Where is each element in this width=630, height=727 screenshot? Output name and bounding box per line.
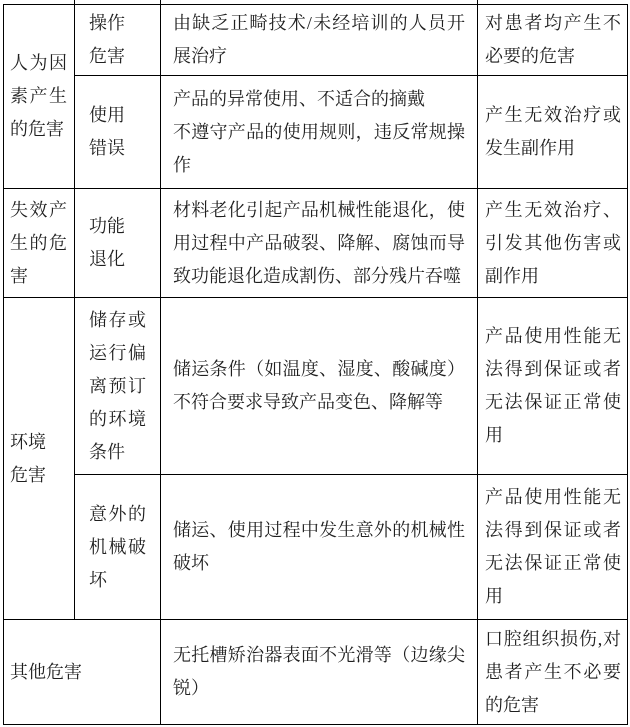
table-gridline-stub — [477, 0, 478, 4]
consequence-cell: 对患者均产生不必要的危害 — [478, 5, 628, 76]
table-row: 其他危害无托槽矫治器表面不光滑等（边缘尖锐）口腔组织损伤,对患者产生不必要的危害 — [4, 620, 628, 725]
document-page: 人为因素产生的危害操作 危害由缺乏正畸技术/未经培训的人员开展治疗对患者均产生不… — [0, 0, 630, 727]
hazard-description-cell: 材料老化引起产品机械性能退化，使用过程中产品破裂、降解、腐蚀而导致功能退化造成割… — [161, 189, 478, 298]
table-body: 人为因素产生的危害操作 危害由缺乏正畸技术/未经培训的人员开展治疗对患者均产生不… — [4, 5, 628, 725]
consequence-cell: 产品使用性能无法得到保证或者无法保证正常使用 — [478, 475, 628, 620]
subcategory-cell-use-error: 使用 错误 — [75, 76, 161, 189]
table-row: 意外的机械破坏储运、使用过程中发生意外的机械性破坏产品使用性能无法得到保证或者无… — [4, 475, 628, 620]
table-row: 使用 错误产品的异常使用、不适合的摘戴 不遵守产品的使用规则，违反常规操作产生无… — [4, 76, 628, 189]
category-cell-environment: 环境 危害 — [4, 298, 75, 620]
table-row: 环境 危害储存或运行偏离预订的环境条件储运条件（如温度、湿度、酸碱度）不符合要求… — [4, 298, 628, 475]
consequence-cell: 产品使用性能无法得到保证或者无法保证正常使用 — [478, 298, 628, 475]
category-cell-other: 其他危害 — [4, 620, 161, 725]
consequence-cell: 产生无效治疗或发生副作用 — [478, 76, 628, 189]
category-cell-human-factor: 人为因素产生的危害 — [4, 5, 75, 189]
table-row: 人为因素产生的危害操作 危害由缺乏正畸技术/未经培训的人员开展治疗对患者均产生不… — [4, 5, 628, 76]
hazard-description-cell: 无托槽矫治器表面不光滑等（边缘尖锐） — [161, 620, 478, 725]
risk-analysis-table: 人为因素产生的危害操作 危害由缺乏正畸技术/未经培训的人员开展治疗对患者均产生不… — [3, 4, 628, 725]
hazard-description-cell: 储运、使用过程中发生意外的机械性破坏 — [161, 475, 478, 620]
table-gridline-stub — [160, 0, 161, 4]
category-cell-failure: 失效产生的危害 — [4, 189, 75, 298]
hazard-description-cell: 储运条件（如温度、湿度、酸碱度）不符合要求导致产品变色、降解等 — [161, 298, 478, 475]
subcategory-cell-storage-deviation: 储存或运行偏离预订的环境条件 — [75, 298, 161, 475]
consequence-cell: 口腔组织损伤,对患者产生不必要的危害 — [478, 620, 628, 725]
subcategory-cell-accidental-mechanical-damage: 意外的机械破坏 — [75, 475, 161, 620]
table-row: 失效产生的危害功能 退化材料老化引起产品机械性能退化，使用过程中产品破裂、降解、… — [4, 189, 628, 298]
subcategory-cell-function-degradation: 功能 退化 — [75, 189, 161, 298]
table-gridline-stub — [74, 0, 75, 4]
hazard-description-cell: 产品的异常使用、不适合的摘戴 不遵守产品的使用规则，违反常规操作 — [161, 76, 478, 189]
hazard-description-cell: 由缺乏正畸技术/未经培训的人员开展治疗 — [161, 5, 478, 76]
subcategory-cell-operation-hazard: 操作 危害 — [75, 5, 161, 76]
consequence-cell: 产生无效治疗、引发其他伤害或副作用 — [478, 189, 628, 298]
